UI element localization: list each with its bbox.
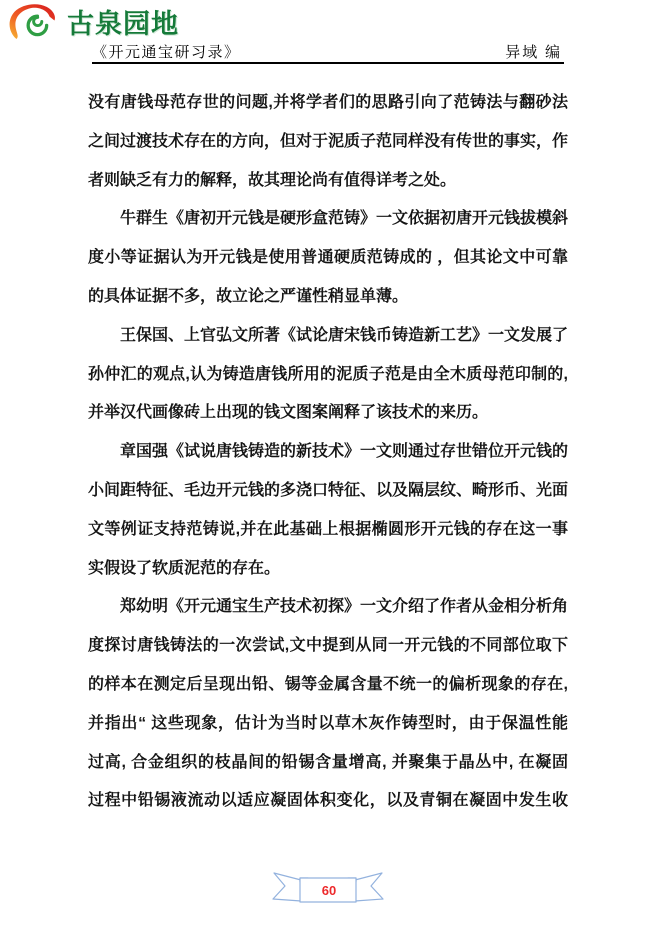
- paragraph: 郑幼明《开元通宝生产技术初探》一文介绍了作者从金相分析角度探讨唐钱铸法的一次尝试…: [88, 588, 568, 821]
- text-line: 章国强《试说唐钱铸造的新技术》一文则通过存世错位开元钱的: [88, 433, 568, 472]
- text-line: 度探讨唐钱铸法的一次尝试,文中提到从同一开元钱的不同部位取下: [88, 627, 568, 666]
- text-line: 的样本在测定后呈现出铅、锡等金属含量不统一的偏析现象的存在,: [88, 666, 568, 705]
- paragraph: 章国强《试说唐钱铸造的新技术》一文则通过存世错位开元钱的小间距特征、毛边开元钱的…: [88, 433, 568, 588]
- page-header: 《开元通宝研习录》 异域 编: [92, 40, 564, 64]
- site-logo: 古泉园地: [6, 2, 179, 41]
- paragraph: 牛群生《唐初开元钱是硬形盒范铸》一文依据初唐开元钱拔模斜度小等证据认为开元钱是使…: [88, 200, 568, 316]
- document-body: 没有唐钱母范存世的问题,并将学者们的思路引向了范铸法与翻砂法之间过渡技术存在的方…: [88, 84, 568, 821]
- text-line: 过高, 合金组织的枝晶间的铅锡含量增高, 并聚集于晶丛中, 在凝固: [88, 744, 568, 783]
- text-line: 并举汉代画像砖上出现的钱文图案阐释了该技术的来历。: [88, 394, 568, 433]
- text-line: 孙仲汇的观点,认为铸造唐钱所用的泥质子范是由全木质母范印制的,: [88, 356, 568, 395]
- text-line: 牛群生《唐初开元钱是硬形盒范铸》一文依据初唐开元钱拔模斜: [88, 200, 568, 239]
- coin-swirl-icon: [6, 3, 62, 40]
- text-line: 过程中铅锡液流动以适应凝固体积变化，以及青铜在凝固中发生收: [88, 782, 568, 821]
- site-name: 古泉园地: [67, 2, 179, 41]
- paragraph: 没有唐钱母范存世的问题,并将学者们的思路引向了范铸法与翻砂法之间过渡技术存在的方…: [88, 84, 568, 200]
- text-line: 王保国、上官弘文所著《试论唐宋钱币铸造新工艺》一文发展了: [88, 317, 568, 356]
- page-number: 60: [300, 880, 358, 902]
- text-line: 的具体证据不多，故立论之严谨性稍显单薄。: [88, 278, 568, 317]
- text-line: 实假设了软质泥范的存在。: [88, 550, 568, 589]
- text-line: 小间距特征、毛边开元钱的多浇口特征、以及隔层纹、畸形币、光面: [88, 472, 568, 511]
- text-line: 郑幼明《开元通宝生产技术初探》一文介绍了作者从金相分析角: [88, 588, 568, 627]
- document-page: 古泉园地 《开元通宝研习录》 异域 编 没有唐钱母范存世的问题,并将学者们的思路…: [0, 0, 656, 928]
- text-line: 没有唐钱母范存世的问题,并将学者们的思路引向了范铸法与翻砂法: [88, 84, 568, 123]
- text-line: 之间过渡技术存在的方向，但对于泥质子范同样没有传世的事实，作: [88, 123, 568, 162]
- paragraph: 王保国、上官弘文所著《试论唐宋钱币铸造新工艺》一文发展了孙仲汇的观点,认为铸造唐…: [88, 317, 568, 433]
- text-line: 文等例证支持范铸说,并在此基础上根据椭圆形开元钱的存在这一事: [88, 511, 568, 550]
- text-line: 者则缺乏有力的解释，故其理论尚有值得详考之处。: [88, 162, 568, 201]
- text-line: 度小等证据认为开元钱是使用普通硬质范铸成的 ，但其论文中可靠: [88, 239, 568, 278]
- text-line: 并指出“ 这些现象，估计为当时以草木灰作铸型时，由于保温性能: [88, 705, 568, 744]
- book-title: 《开元通宝研习录》: [92, 41, 241, 62]
- editor-name: 异域 编: [505, 41, 564, 62]
